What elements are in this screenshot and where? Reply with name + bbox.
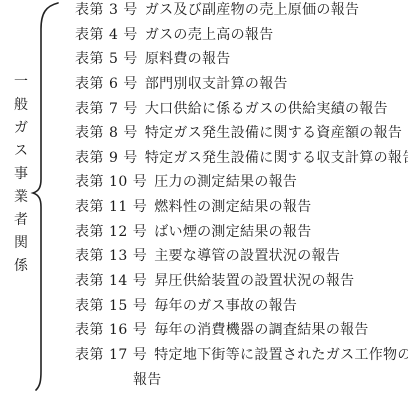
- item-number: 表第 8 号: [75, 121, 138, 146]
- item-title: 主要な導管の設置状況の報告: [154, 248, 340, 264]
- report-list-item: 表第 9 号特定ガス発生設備に関する収支計算の報告: [75, 146, 408, 171]
- item-title: ガスの売上高の報告: [145, 27, 274, 43]
- report-list-item: 表第 17 号特定地下街等に設置されたガス工作物の件数の: [75, 343, 408, 368]
- item-number: 表第 5 号: [75, 47, 138, 72]
- item-number: 表第 17 号: [75, 343, 147, 368]
- curly-brace-icon: [28, 0, 62, 396]
- item-title: 部門別収支計算の報告: [145, 76, 288, 92]
- item-title: 特定ガス発生設備に関する収支計算の報告: [145, 150, 408, 166]
- item-number: 表第 13 号: [75, 244, 147, 269]
- item-title: 毎年の消費機器の調査結果の報告: [154, 322, 369, 338]
- item-number: 表第 9 号: [75, 146, 138, 171]
- report-list-item-continuation: 報告: [75, 368, 408, 393]
- report-list-item: 表第 4 号ガスの売上高の報告: [75, 23, 408, 48]
- item-number: 表第 15 号: [75, 294, 147, 319]
- item-title: ばい煙の測定結果の報告: [154, 224, 311, 240]
- item-number: 表第 3 号: [75, 0, 138, 23]
- report-list-item: 表第 10 号圧力の測定結果の報告: [75, 170, 408, 195]
- item-title: 毎年のガス事故の報告: [154, 298, 297, 314]
- item-title: 圧力の測定結果の報告: [154, 174, 297, 190]
- item-title: ガス及び副産物の売上原価の報告: [145, 2, 360, 18]
- report-list-item: 表第 13 号主要な導管の設置状況の報告: [75, 244, 408, 269]
- item-title: 特定ガス発生設備に関する資産額の報告: [145, 125, 402, 141]
- report-list-item: 表第 8 号特定ガス発生設備に関する資産額の報告: [75, 121, 408, 146]
- report-list-item: 表第 5 号原料費の報告: [75, 47, 408, 72]
- item-number: 表第 6 号: [75, 72, 138, 97]
- item-title: 昇圧供給装置の設置状況の報告: [154, 273, 354, 289]
- document-page: 一 般 ガ ス 事 業 者 関 係 表第 3 号ガス及び副産物の売上原価の報告 …: [0, 0, 408, 396]
- report-list-item: 表第 14 号昇圧供給装置の設置状況の報告: [75, 269, 408, 294]
- item-number: 表第 4 号: [75, 23, 138, 48]
- item-number: 表第 11 号: [75, 195, 147, 220]
- report-list-item: 表第 6 号部門別収支計算の報告: [75, 72, 408, 97]
- report-list-item: 表第 16 号毎年の消費機器の調査結果の報告: [75, 318, 408, 343]
- report-list-item: 表第 7 号大口供給に係るガスの供給実績の報告: [75, 97, 408, 122]
- item-title: 特定地下街等に設置されたガス工作物の件数の: [154, 347, 408, 363]
- report-list-item: 表第 3 号ガス及び副産物の売上原価の報告: [75, 0, 408, 23]
- report-list-item: 表第 12 号ばい煙の測定結果の報告: [75, 220, 408, 245]
- item-title: 原料費の報告: [145, 51, 231, 67]
- item-title: 燃料性の測定結果の報告: [154, 199, 311, 215]
- report-list-item: 表第 15 号毎年のガス事故の報告: [75, 294, 408, 319]
- item-number: 表第 14 号: [75, 269, 147, 294]
- item-number: 表第 7 号: [75, 97, 138, 122]
- item-number: 表第 12 号: [75, 220, 147, 245]
- item-number: 表第 10 号: [75, 170, 147, 195]
- report-list-item: 表第 11 号燃料性の測定結果の報告: [75, 195, 408, 220]
- grouping-brace: [28, 0, 62, 396]
- item-title: 大口供給に係るガスの供給実績の報告: [145, 101, 388, 117]
- report-list: 表第 3 号ガス及び副産物の売上原価の報告 表第 4 号ガスの売上高の報告 表第…: [75, 0, 408, 392]
- item-number: 表第 16 号: [75, 318, 147, 343]
